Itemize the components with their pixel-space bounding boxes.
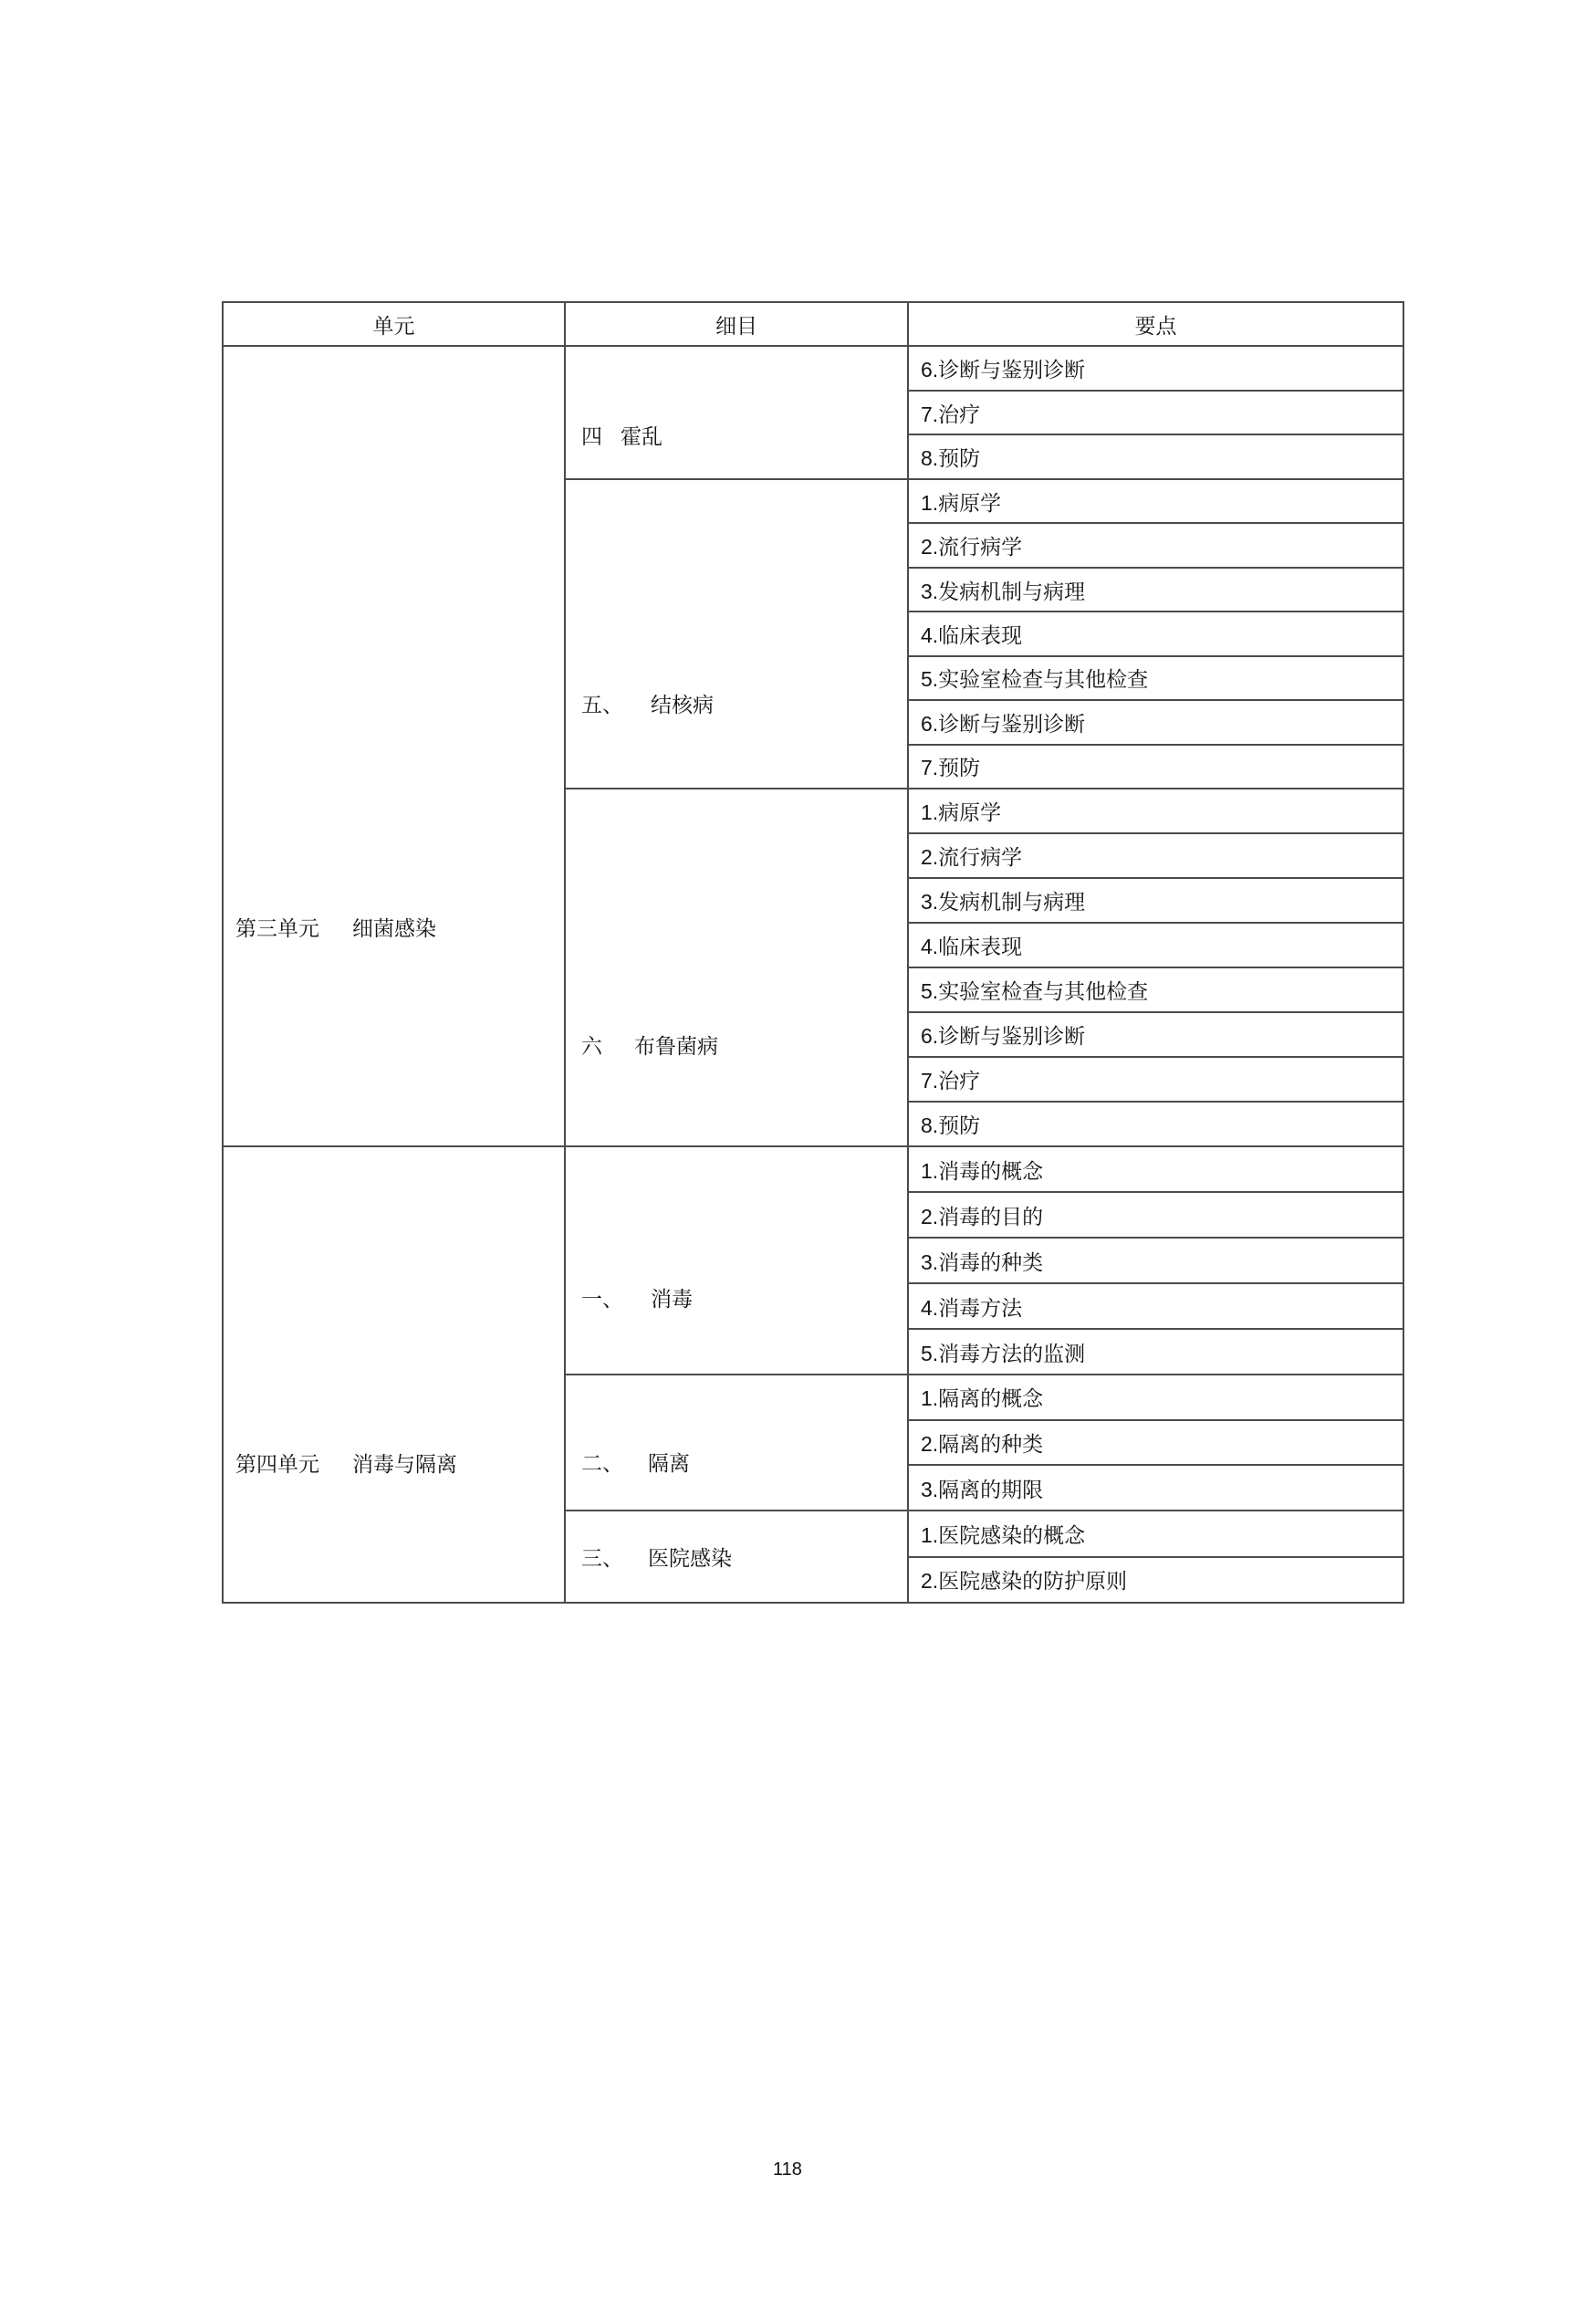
point-cell: 2.隔离的种类 [908, 1420, 1403, 1466]
point-cell: 3.隔离的期限 [908, 1465, 1403, 1511]
syllabus-table: 单元 细目 要点 第三单元细菌感染 四霍乱 6.诊断与鉴别诊断 7.治疗 8.预… [222, 301, 1404, 1604]
col-header-unit: 单元 [223, 302, 565, 346]
point-cell: 4.消毒方法 [908, 1283, 1403, 1329]
point-cell: 1.病原学 [908, 479, 1403, 523]
section-cell: 四霍乱 [565, 346, 908, 479]
section-number: 三、 [581, 1546, 623, 1570]
unit-label: 第四单元 [235, 1452, 319, 1476]
point-cell: 7.治疗 [908, 391, 1403, 435]
point-cell: 1.医院感染的概念 [908, 1511, 1403, 1557]
point-cell: 5.消毒方法的监测 [908, 1329, 1403, 1375]
unit-topic: 消毒与隔离 [352, 1452, 457, 1476]
section-cell: 二、隔离 [565, 1375, 908, 1511]
point-cell: 3.发病机制与病理 [908, 568, 1403, 612]
unit-cell: 第三单元细菌感染 [223, 346, 565, 1146]
page-number: 118 [0, 2159, 1575, 2180]
point-cell: 3.消毒的种类 [908, 1238, 1403, 1283]
point-cell: 6.诊断与鉴别诊断 [908, 700, 1403, 744]
table-header-row: 单元 细目 要点 [223, 302, 1403, 346]
section-number: 六 [581, 1034, 602, 1058]
section-number: 五、 [581, 693, 623, 716]
section-number: 四 [581, 424, 602, 448]
document-page: { "page_number": "118", "table": { "head… [0, 0, 1596, 2300]
point-cell: 7.治疗 [908, 1057, 1403, 1102]
section-title: 隔离 [648, 1451, 690, 1475]
point-cell: 2.流行病学 [908, 523, 1403, 567]
section-title: 消毒 [651, 1287, 693, 1311]
section-title: 结核病 [651, 693, 714, 716]
section-cell: 五、结核病 [565, 479, 908, 789]
point-cell: 8.预防 [908, 434, 1403, 479]
point-cell: 2.流行病学 [908, 833, 1403, 878]
point-cell: 1.隔离的概念 [908, 1375, 1403, 1420]
section-title: 霍乱 [621, 424, 662, 448]
section-cell: 三、医院感染 [565, 1511, 908, 1603]
point-cell: 5.实验室检查与其他检查 [908, 656, 1403, 700]
section-number: 一、 [581, 1287, 623, 1311]
point-cell: 3.发病机制与病理 [908, 878, 1403, 923]
point-cell: 1.病原学 [908, 789, 1403, 833]
point-cell: 2.消毒的目的 [908, 1192, 1403, 1238]
section-cell: 一、消毒 [565, 1146, 908, 1375]
section-cell: 六布鲁菌病 [565, 789, 908, 1146]
section-title: 布鲁菌病 [634, 1034, 718, 1058]
point-cell: 5.实验室检查与其他检查 [908, 967, 1403, 1012]
table-row: 第四单元消毒与隔离 一、消毒 1.消毒的概念 [223, 1146, 1403, 1192]
unit-label: 第三单元 [235, 916, 319, 940]
point-cell: 6.诊断与鉴别诊断 [908, 1012, 1403, 1057]
point-cell: 7.预防 [908, 745, 1403, 789]
point-cell: 4.临床表现 [908, 612, 1403, 655]
table-row: 第三单元细菌感染 四霍乱 6.诊断与鉴别诊断 [223, 346, 1403, 391]
point-cell: 1.消毒的概念 [908, 1146, 1403, 1192]
point-cell: 8.预防 [908, 1102, 1403, 1146]
point-cell: 6.诊断与鉴别诊断 [908, 346, 1403, 391]
section-number: 二、 [581, 1451, 623, 1475]
unit-cell: 第四单元消毒与隔离 [223, 1146, 565, 1603]
point-cell: 2.医院感染的防护原则 [908, 1557, 1403, 1604]
col-header-item: 细目 [565, 302, 908, 346]
unit-topic: 细菌感染 [352, 916, 436, 940]
point-cell: 4.临床表现 [908, 923, 1403, 967]
section-title: 医院感染 [648, 1546, 732, 1570]
col-header-points: 要点 [908, 302, 1403, 346]
